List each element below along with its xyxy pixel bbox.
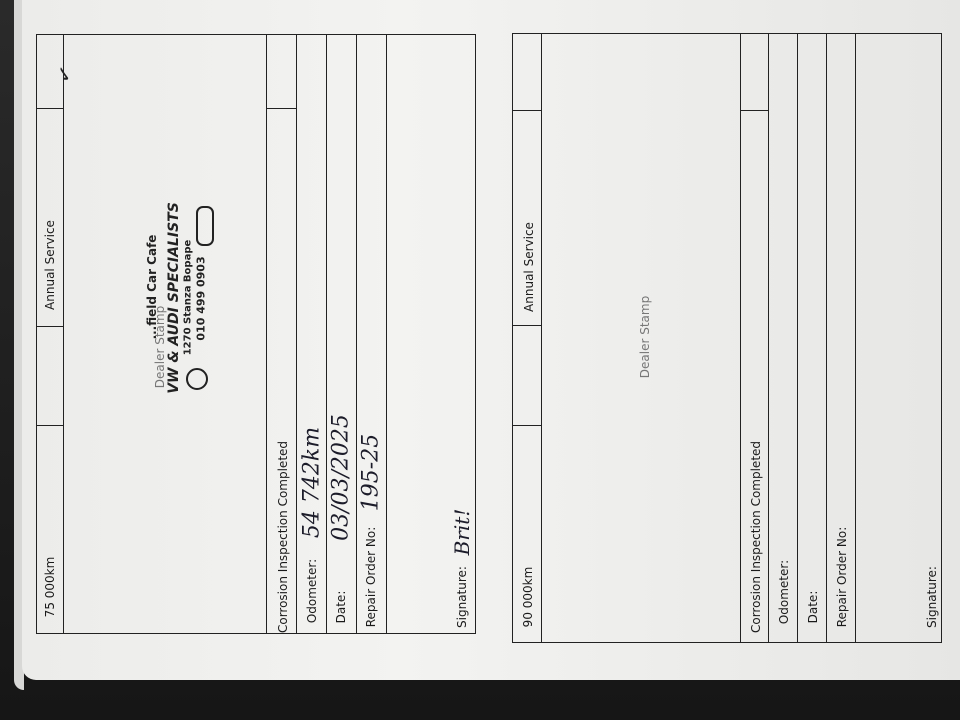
- divider: [296, 34, 297, 634]
- header-column: [512, 33, 542, 643]
- date-label: Date:: [334, 591, 348, 624]
- repair-order-value: 195-25: [359, 434, 384, 511]
- corrosion-label: Corrosion Inspection Completed: [749, 441, 763, 633]
- divider: [512, 425, 542, 426]
- divider: [855, 33, 856, 643]
- odometer-label: Odometer:: [777, 560, 791, 624]
- interval-label: 90 000km: [521, 567, 535, 628]
- divider: [36, 326, 64, 327]
- divider: [768, 33, 769, 643]
- divider: [356, 34, 357, 634]
- section-frame: [512, 33, 942, 643]
- service-type-label: Annual Service: [522, 222, 536, 312]
- audi-rings-icon: [196, 206, 214, 246]
- header-column: [36, 34, 64, 634]
- divider: [512, 110, 542, 111]
- repair-order-label: Repair Order No:: [835, 527, 849, 628]
- divider: [740, 33, 741, 643]
- signature-label: Signature:: [455, 566, 469, 628]
- service-type-label: Annual Service: [43, 220, 57, 310]
- stamp-line-1: ...field Car Cafe: [145, 235, 159, 340]
- divider: [36, 425, 64, 426]
- section-frame: [36, 34, 476, 634]
- interval-label: 75 000km: [43, 557, 57, 618]
- dealer-stamp-label: Dealer Stamp: [638, 296, 652, 378]
- repair-order-label: Repair Order No:: [364, 527, 378, 628]
- divider: [36, 108, 64, 109]
- stamp-line-4: 010 499 0903: [195, 256, 208, 340]
- divider: [826, 33, 827, 643]
- divider: [326, 34, 327, 634]
- divider: [797, 33, 798, 643]
- odometer-value: 54 742km: [300, 427, 325, 538]
- divider: [266, 34, 267, 634]
- divider: [512, 325, 542, 326]
- vw-logo-icon: [186, 368, 208, 390]
- odometer-label: Odometer:: [305, 559, 319, 623]
- divider: [386, 34, 387, 634]
- signature-value: Brit!: [450, 509, 474, 556]
- signature-label: Signature:: [925, 566, 939, 628]
- divider: [740, 110, 768, 111]
- stamp-line-3: 1270 Stanza Bopape: [183, 240, 194, 356]
- date-label: Date:: [806, 591, 820, 624]
- date-value: 03/03/2025: [329, 414, 354, 541]
- stamp-line-2: VW & AUDI SPECIALISTS: [166, 202, 182, 394]
- divider: [266, 108, 296, 109]
- corrosion-label: Corrosion Inspection Completed: [276, 441, 290, 633]
